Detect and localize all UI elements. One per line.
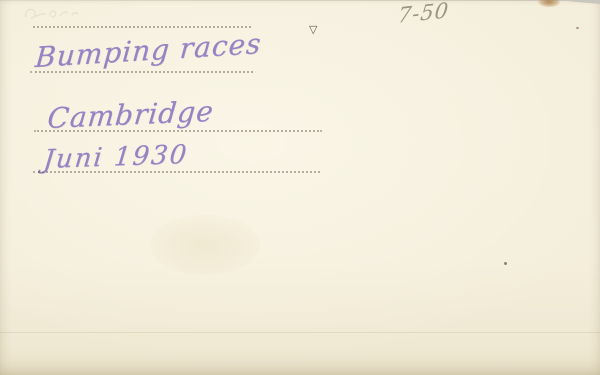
faint-pencil-scribble-icon xyxy=(22,4,80,26)
backdrop-corner-sliver xyxy=(554,0,600,4)
dotted-rule-3 xyxy=(34,130,322,131)
paper-speck xyxy=(504,262,507,265)
paper-speck xyxy=(576,27,579,29)
handwriting-place: Cambridge xyxy=(46,95,215,135)
paper-crease xyxy=(0,332,600,333)
pencil-price-note: 7-50 xyxy=(397,0,450,28)
paper-stain xyxy=(150,215,260,275)
dotted-rule-2 xyxy=(30,71,253,72)
foxing-stain xyxy=(538,0,560,7)
printer-triangle-mark-icon: ▽ xyxy=(309,23,317,36)
handwriting-date: Juni 1930 xyxy=(42,140,190,175)
postcard-back: 7-50 ▽ Bumping races Cambridge Juni 1930 xyxy=(0,0,600,375)
dotted-rule-4 xyxy=(33,171,320,172)
handwriting-title: Bumping races xyxy=(34,27,263,74)
dotted-rule-1 xyxy=(33,26,251,27)
card-top-edge xyxy=(0,0,600,1)
